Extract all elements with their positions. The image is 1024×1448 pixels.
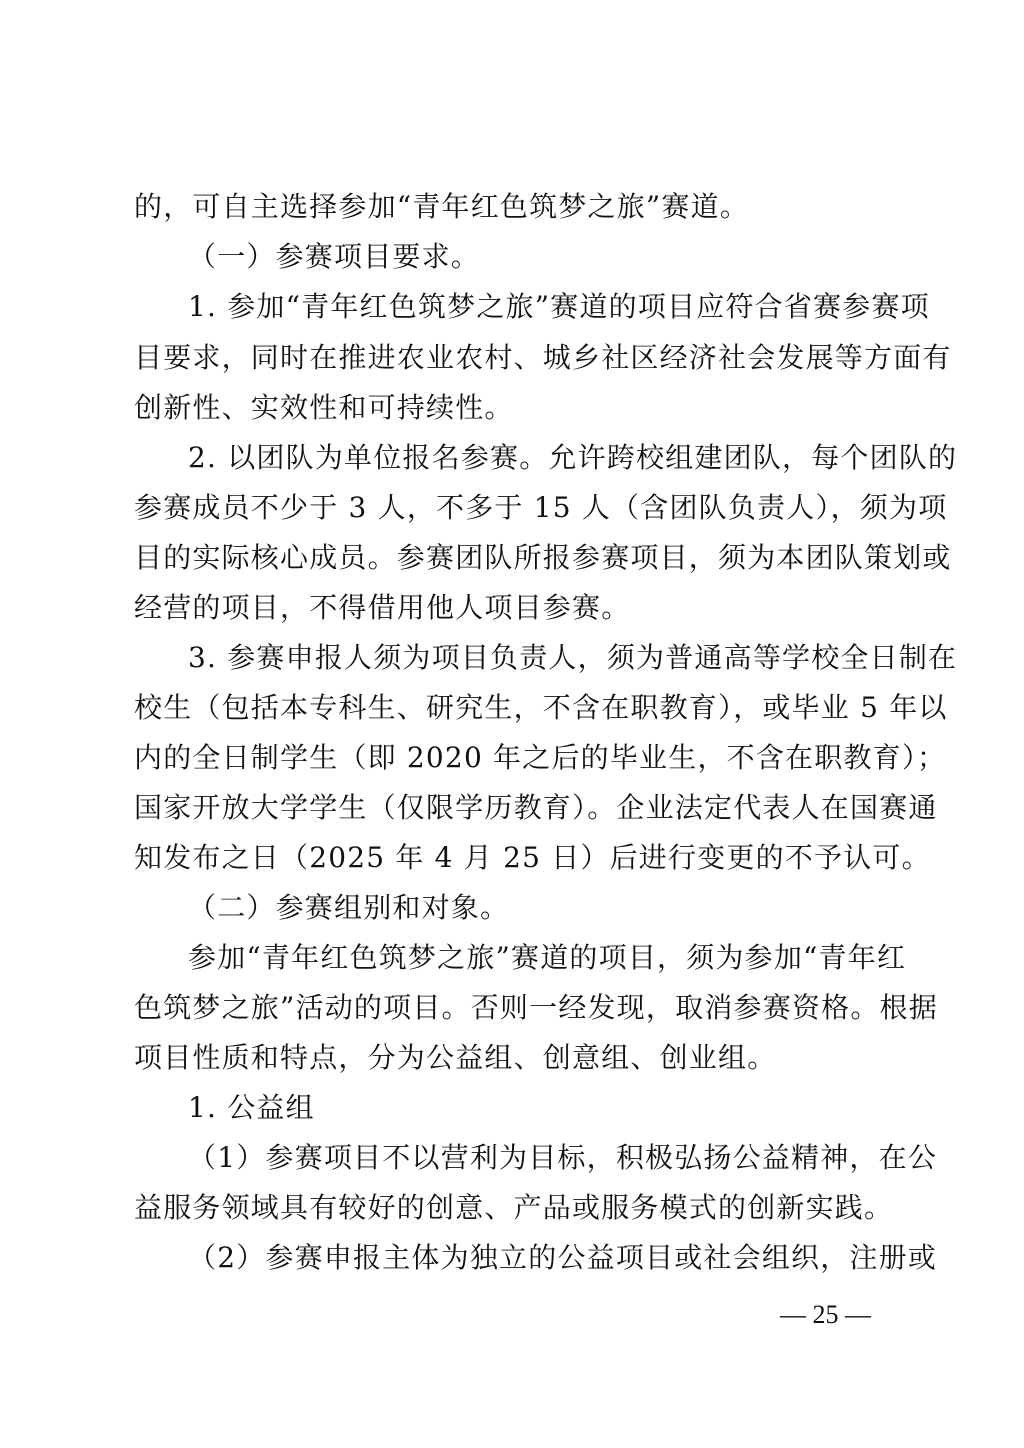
- paragraph-line: 的，可自主选择参加“青年红色筑梦之旅”赛道。: [134, 190, 894, 224]
- paragraph-line: 内的全日制学生（即 2020 年之后的毕业生，不含在职教育）；: [134, 741, 894, 775]
- paragraph-line: 3. 参赛申报人须为项目负责人，须为普通高等学校全日制在: [188, 641, 894, 675]
- paragraph-line: 创新性、实效性和可持续性。: [134, 391, 894, 425]
- paragraph-line: 知发布之日（2025 年 4 月 25 日）后进行变更的不予认可。: [134, 841, 894, 875]
- section-heading: （一）参赛项目要求。: [188, 240, 894, 274]
- paragraph-line: 2. 以团队为单位报名参赛。允许跨校组建团队，每个团队的: [188, 441, 894, 475]
- paragraph-line: 国家开放大学学生（仅限学历教育）。企业法定代表人在国赛通: [134, 791, 894, 825]
- paragraph-line: 参加“青年红色筑梦之旅”赛道的项目，须为参加“青年红: [188, 941, 894, 975]
- paragraph-line: 1. 参加“青年红色筑梦之旅”赛道的项目应符合省赛参赛项: [188, 290, 894, 324]
- paragraph-line: 益服务领域具有较好的创意、产品或服务模式的创新实践。: [134, 1191, 894, 1225]
- paragraph-line: 经营的项目，不得借用他人项目参赛。: [134, 591, 894, 625]
- document-page: 的，可自主选择参加“青年红色筑梦之旅”赛道。 （一）参赛项目要求。 1. 参加“…: [0, 0, 1024, 1448]
- page-number: — 25 —: [780, 1300, 871, 1330]
- paragraph-line: 色筑梦之旅”活动的项目。否则一经发现，取消参赛资格。根据: [134, 991, 894, 1025]
- paragraph-line: 目的实际核心成员。参赛团队所报参赛项目，须为本团队策划或: [134, 541, 894, 575]
- paragraph-line: 目要求，同时在推进农业农村、城乡社区经济社会发展等方面有: [134, 341, 894, 375]
- subsection-heading: 1. 公益组: [188, 1091, 894, 1125]
- paragraph-line: （2）参赛申报主体为独立的公益项目或社会组织，注册或: [188, 1241, 894, 1275]
- paragraph-line: （1）参赛项目不以营利为目标，积极弘扬公益精神，在公: [188, 1141, 894, 1175]
- paragraph-line: 校生（包括本专科生、研究生，不含在职教育），或毕业 5 年以: [134, 691, 894, 725]
- section-heading: （二）参赛组别和对象。: [188, 891, 894, 925]
- paragraph-line: 项目性质和特点，分为公益组、创意组、创业组。: [134, 1041, 894, 1075]
- paragraph-line: 参赛成员不少于 3 人，不多于 15 人（含团队负责人），须为项: [134, 491, 894, 525]
